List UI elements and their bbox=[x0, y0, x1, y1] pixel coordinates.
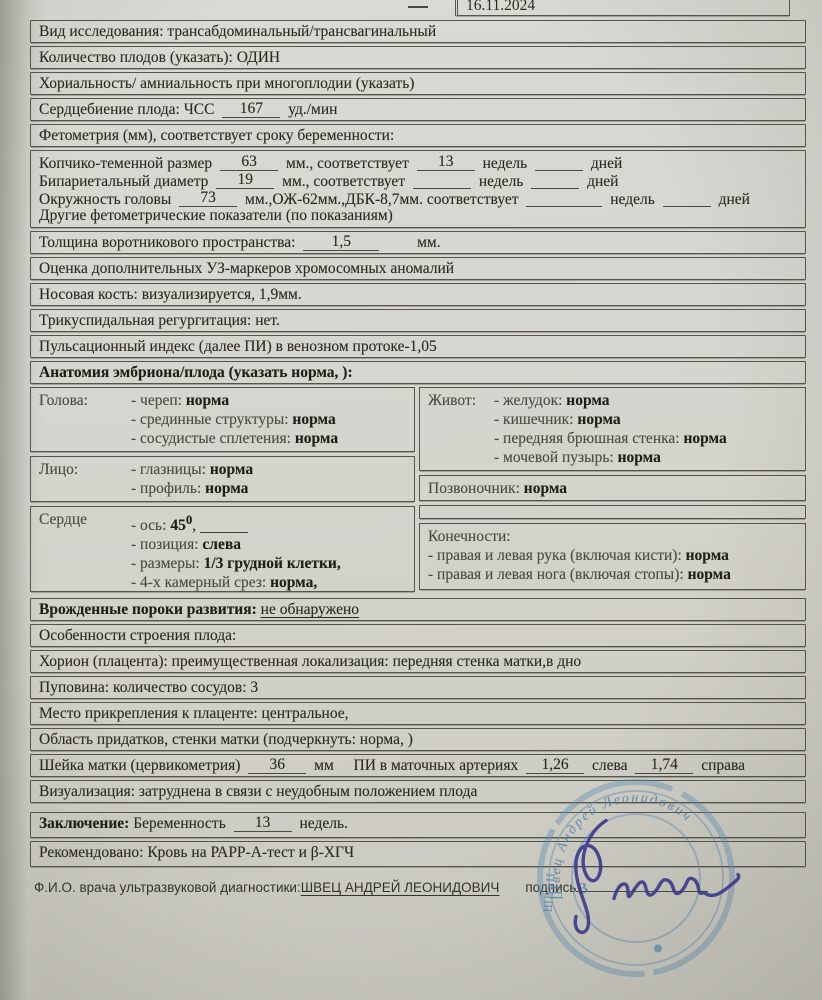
item-label: - кишечник: bbox=[494, 411, 577, 428]
axis-blank bbox=[200, 515, 248, 533]
row-congenital-defects: Врожденные пороки развития: не обнаружен… bbox=[30, 598, 806, 621]
bpd-days-word: дней bbox=[587, 173, 618, 190]
row-pi-venous: Пульсационный индекс (далее ПИ) в венозн… bbox=[30, 335, 806, 358]
cell-face: Лицо: - глазницы: норма - профиль: норма bbox=[30, 456, 415, 502]
item-value: норма bbox=[688, 566, 731, 583]
hc-days-word: дней bbox=[719, 191, 750, 208]
row-anatomy-header: Анатомия эмбриона/плода (указать норма, … bbox=[30, 361, 806, 384]
face-label: Лицо: bbox=[39, 460, 131, 498]
face-item-profile: - профиль: норма bbox=[131, 479, 406, 498]
fetometry-line-crl: Копчико-теменной размер 63 мм., соответс… bbox=[39, 153, 797, 171]
heart-item-position: - позиция: слева bbox=[131, 535, 406, 554]
bpd-unit: мм., соответствует bbox=[282, 173, 405, 190]
bpd-weeks-value bbox=[413, 171, 471, 189]
row-nasal-bone: Носовая кость: визуализируется, 1,9мм. bbox=[30, 283, 806, 306]
nasal-bone-text: Носовая кость: визуализируется, 1,9мм. bbox=[39, 286, 302, 303]
row-heartbeat: Сердцебиение плода: ЧСС 167 уд./мин bbox=[30, 98, 806, 121]
item-value: норма bbox=[295, 430, 338, 447]
item-label: - правая и левая рука (включая кисти): bbox=[428, 547, 686, 564]
item-tail: , bbox=[192, 517, 196, 534]
item-label: - профиль: bbox=[131, 480, 205, 497]
heart-items: - ось: 450, - позиция: слева - размеры: … bbox=[131, 510, 406, 588]
anatomy-grid: Голова: - череп: норма - срединные струк… bbox=[30, 387, 806, 592]
item-label: - глазницы: bbox=[131, 461, 210, 478]
report-date-cell: 16.11.2024 bbox=[455, 0, 790, 16]
cervix-label: Шейка матки (цервикометрия) bbox=[39, 757, 240, 774]
cervix-unit: мм bbox=[314, 757, 334, 774]
nt-unit: мм. bbox=[417, 234, 441, 251]
fetometry-header-text: Фетометрия (мм), соответствует сроку бер… bbox=[39, 127, 394, 144]
tricuspid-text: Трикуспидальная регургитация: нет. bbox=[39, 312, 280, 329]
cervix-value: 36 bbox=[248, 756, 306, 774]
item-value: норма, bbox=[270, 574, 317, 591]
crl-days-word: дней bbox=[591, 155, 622, 172]
spine-value: норма bbox=[524, 480, 567, 497]
bpd-days-blank bbox=[531, 171, 579, 189]
anatomy-header-text: Анатомия эмбриона/плода (указать норма, … bbox=[39, 364, 353, 381]
cord-text: Пуповина: количество сосудов: 3 bbox=[39, 679, 258, 696]
fetometry-line-bpd: Бипариетальный диаметр 19 мм., соответст… bbox=[39, 171, 797, 189]
signature-tail bbox=[704, 875, 739, 896]
item-label: - ось: bbox=[131, 517, 170, 534]
fetometry-other-text: Другие фетометрические показатели (по по… bbox=[39, 207, 393, 224]
item-value: норма bbox=[566, 392, 609, 409]
abdomen-items: - желудок: норма - кишечник: норма - пер… bbox=[494, 391, 797, 467]
heart-label: Сердце bbox=[39, 510, 131, 588]
recommendation-text: Рекомендовано: Кровь на РАРР-А-тест и β-… bbox=[39, 844, 354, 861]
report-date: 16.11.2024 bbox=[466, 0, 535, 14]
bpd-value: 19 bbox=[216, 171, 274, 189]
head-label: Голова: bbox=[39, 391, 131, 448]
item-value: 1/3 грудной клетки, bbox=[204, 555, 341, 572]
hc-label: Окружность головы bbox=[39, 191, 171, 208]
adnexa-text: Область придатков, стенки матки (подчерк… bbox=[39, 731, 413, 748]
features-text: Особенности строения плода: bbox=[39, 627, 236, 644]
item-label: - срединные структуры: bbox=[131, 411, 292, 428]
item-value: норма bbox=[683, 430, 726, 447]
abdomen-item-stomach: - желудок: норма bbox=[494, 391, 797, 410]
head-item-midline: - срединные структуры: норма bbox=[131, 410, 406, 429]
defects-value: не обнаружено bbox=[261, 601, 359, 618]
item-value: норма bbox=[577, 411, 620, 428]
row-tricuspid: Трикуспидальная регургитация: нет. bbox=[30, 309, 806, 332]
defects-label: Врожденные пороки развития: bbox=[39, 601, 257, 618]
face-items: - глазницы: норма - профиль: норма bbox=[131, 460, 406, 498]
limbs-item-arms: - правая и левая рука (включая кисти): н… bbox=[428, 546, 797, 565]
cell-heart: Сердце - ось: 450, - позиция: слева - ра… bbox=[30, 506, 415, 592]
crl-label: Копчико-теменной размер bbox=[39, 155, 212, 172]
heartbeat-unit: уд./мин bbox=[288, 101, 337, 118]
row-chorion-placenta: Хорион (плацента): преимущественная лока… bbox=[30, 650, 806, 673]
item-label: - 4-х камерный срез: bbox=[131, 574, 270, 591]
fetus-count-text: Количество плодов (указать): ОДИН bbox=[39, 49, 280, 66]
doctor-label: Ф.И.О. врача ультразвуковой диагностики: bbox=[34, 880, 301, 895]
heartbeat-value: 167 bbox=[222, 100, 280, 118]
doctor-signature bbox=[548, 795, 748, 960]
abdomen-item-bladder: - мочевой пузырь: норма bbox=[494, 448, 797, 467]
hc-weeks-word: недель bbox=[610, 191, 655, 208]
row-fetometry-header: Фетометрия (мм), соответствует сроку бер… bbox=[30, 124, 806, 147]
visualization-text: Визуализация: затруднена в связи с неудо… bbox=[39, 783, 477, 800]
crl-weeks-value: 13 bbox=[417, 153, 475, 171]
crl-weeks-word: недель bbox=[483, 155, 528, 172]
item-value: норма bbox=[186, 392, 229, 409]
row-study-type: Вид исследования: трансабдоминальный/тра… bbox=[30, 20, 806, 43]
item-value: слева bbox=[202, 536, 241, 553]
bpd-label: Бипариетальный диаметр bbox=[39, 173, 208, 190]
head-item-plexus: - сосудистые сплетения: норма bbox=[131, 429, 406, 448]
row-chorionicity: Хориальность/ амниальность при многоплод… bbox=[30, 72, 806, 95]
row-nuchal-translucency: Толщина воротникового пространства: 1,5 … bbox=[30, 231, 806, 254]
nt-label: Толщина воротникового пространства: bbox=[39, 234, 295, 251]
cutoff-blank-line bbox=[408, 6, 428, 8]
row-fetal-features: Особенности строения плода: bbox=[30, 624, 806, 647]
cell-spine: Позвоночник: норма bbox=[419, 475, 806, 501]
item-value: норма bbox=[210, 461, 253, 478]
photographed-ultrasound-report: 16.11.2024 Вид исследования: трансабдоми… bbox=[0, 0, 822, 1000]
face-item-orbits: - глазницы: норма bbox=[131, 460, 406, 479]
nt-value: 1,5 bbox=[303, 233, 379, 251]
anatomy-left-column: Голова: - череп: норма - срединные струк… bbox=[30, 387, 415, 592]
cell-head: Голова: - череп: норма - срединные струк… bbox=[30, 387, 415, 452]
hc-value: 73 bbox=[179, 189, 237, 207]
row-fetus-count: Количество плодов (указать): ОДИН bbox=[30, 46, 806, 69]
cell-abdomen: Живот: - желудок: норма - кишечник: норм… bbox=[419, 387, 806, 471]
hc-unit: мм.,ОЖ-62мм.,ДБК-8,7мм. соответствует bbox=[245, 191, 518, 208]
conclusion-label: Заключение: bbox=[39, 815, 129, 832]
row-adnexa: Область придатков, стенки матки (подчерк… bbox=[30, 728, 806, 751]
limbs-item-legs: - правая и левая нога (включая стопы): н… bbox=[428, 565, 797, 584]
item-value: норма bbox=[205, 480, 248, 497]
item-label: - размеры: bbox=[131, 555, 204, 572]
abdomen-item-wall: - передняя брюшная стенка: норма bbox=[494, 429, 797, 448]
abdomen-item-bowel: - кишечник: норма bbox=[494, 410, 797, 429]
cell-empty bbox=[419, 505, 806, 519]
doctor-name: ШВЕЦ АНДРЕЙ ЛЕОНИДОВИЧ bbox=[301, 880, 500, 895]
item-label: - позиция: bbox=[131, 536, 202, 553]
row-fetometry-block: Копчико-теменной размер 63 мм., соответс… bbox=[30, 150, 806, 228]
item-label: - правая и левая нога (включая стопы): bbox=[428, 566, 688, 583]
crl-value: 63 bbox=[220, 153, 278, 171]
row-placenta-attachment: Место прикрепления к плаценте: центральн… bbox=[30, 702, 806, 725]
spine-label: Позвоночник: bbox=[428, 480, 524, 497]
item-value: 45 bbox=[170, 517, 186, 534]
item-label: - мочевой пузырь: bbox=[494, 449, 618, 466]
heart-item-axis: - ось: 450, bbox=[131, 510, 406, 535]
stamp-ink-dot bbox=[654, 945, 662, 953]
crl-days-blank bbox=[535, 153, 583, 171]
chorion-text: Хорион (плацента): преимущественная лока… bbox=[39, 653, 581, 670]
conclusion-pre: Беременность bbox=[133, 815, 226, 832]
heartbeat-label: Сердцебиение плода: ЧСС bbox=[39, 101, 214, 118]
bpd-weeks-word: недель bbox=[479, 173, 524, 190]
head-items: - череп: норма - срединные структуры: но… bbox=[131, 391, 406, 448]
markers-text: Оценка дополнительных УЗ-маркеров хромос… bbox=[39, 260, 454, 277]
item-label: - передняя брюшная стенка: bbox=[494, 430, 683, 447]
row-umbilical-cord: Пуповина: количество сосудов: 3 bbox=[30, 676, 806, 699]
conclusion-weeks-value: 13 bbox=[234, 814, 292, 832]
heart-item-size: - размеры: 1/3 грудной клетки, bbox=[131, 554, 406, 573]
anatomy-right-column: Живот: - желудок: норма - кишечник: норм… bbox=[419, 387, 806, 592]
cervix-pi-label: ПИ в маточных артериях bbox=[354, 757, 519, 774]
hc-days-blank bbox=[663, 189, 711, 207]
study-type-text: Вид исследования: трансабдоминальный/тра… bbox=[39, 23, 436, 40]
item-value: норма bbox=[686, 547, 729, 564]
abdomen-label: Живот: bbox=[428, 391, 494, 467]
chorionicity-text: Хориальность/ амниальность при многоплод… bbox=[39, 75, 414, 92]
signature-humps bbox=[614, 878, 704, 898]
cell-limbs: Конечности: - правая и левая рука (включ… bbox=[419, 523, 806, 590]
head-item-skull: - череп: норма bbox=[131, 391, 406, 410]
cervix-pi-left-value: 1,26 bbox=[526, 756, 584, 774]
heart-item-4chamber: - 4-х камерный срез: норма, bbox=[131, 573, 406, 592]
fetometry-line-other: Другие фетометрические показатели (по по… bbox=[39, 207, 797, 225]
item-value: норма bbox=[292, 411, 335, 428]
conclusion-post: недель. bbox=[300, 815, 348, 832]
cervix-left-word: слева bbox=[592, 757, 628, 774]
item-value: норма bbox=[618, 449, 661, 466]
row-ultrasound-markers: Оценка дополнительных УЗ-маркеров хромос… bbox=[30, 257, 806, 280]
signature-flourish bbox=[575, 821, 606, 933]
attachment-text: Место прикрепления к плаценте: центральн… bbox=[39, 705, 349, 722]
item-label: - желудок: bbox=[494, 392, 566, 409]
pi-venous-text: Пульсационный индекс (далее ПИ) в венозн… bbox=[39, 338, 437, 355]
fetometry-line-hc: Окружность головы 73 мм.,ОЖ-62мм.,ДБК-8,… bbox=[39, 189, 797, 207]
item-label: - череп: bbox=[131, 392, 186, 409]
crl-unit: мм., соответствует bbox=[286, 155, 409, 172]
item-label: - сосудистые сплетения: bbox=[131, 430, 295, 447]
limbs-label: Конечности: bbox=[428, 527, 797, 546]
hc-weeks-value bbox=[526, 189, 602, 207]
